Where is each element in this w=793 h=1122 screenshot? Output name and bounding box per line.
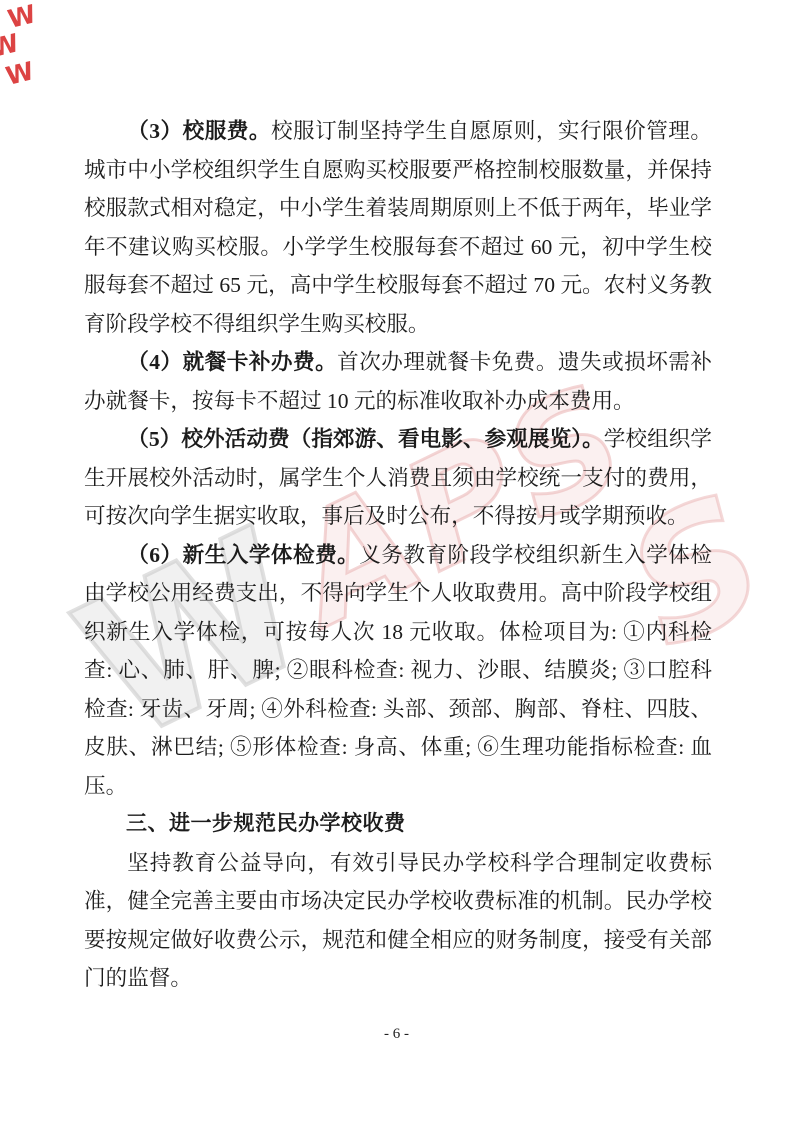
wps-w-mark-icon: W (3, 58, 36, 89)
paragraph-text: 坚持教育公益导向，有效引导民办学校科学合理制定收费标准，健全完善主要由市场决定民… (84, 851, 712, 991)
paragraph-uniform-fee: （3）校服费。校服订制坚持学生自愿原则，实行限价管理。城市中小学校组织学生自愿购… (84, 112, 712, 343)
wps-w-mark-icon: W (5, 1, 38, 32)
paragraph-physical-exam-fee: （6）新生入学体检费。义务教育阶段学校组织新生入学体检由学校公用经费支出，不得向… (84, 536, 712, 806)
paragraph-activity-fee: （5）校外活动费（指郊游、看电影、参观展览）。学校组织学生开展校外活动时，属学生… (84, 420, 712, 536)
paragraph-text: 义务教育阶段学校组织新生入学体检由学校公用经费支出，不得向学生个人收取费用。高中… (84, 543, 712, 798)
paragraph-lead: （4）就餐卡补办费。 (127, 350, 337, 374)
wps-corner-watermark: W W W (0, 0, 60, 110)
paragraph-private-school-fees: 坚持教育公益导向，有效引导民办学校科学合理制定收费标准，健全完善主要由市场决定民… (84, 844, 712, 998)
paragraph-lead: （6）新生入学体检费。 (127, 543, 359, 567)
page-number: - 6 - (0, 1026, 793, 1043)
document-body: （3）校服费。校服订制坚持学生自愿原则，实行限价管理。城市中小学校组织学生自愿购… (84, 112, 712, 998)
wps-w-mark-icon: W (0, 30, 21, 61)
paragraph-meal-card-fee: （4）就餐卡补办费。首次办理就餐卡免费。遗失或损坏需补办就餐卡，按每卡不超过 1… (84, 343, 712, 420)
section-heading-private-schools: 三、进一步规范民办学校收费 (84, 805, 712, 844)
document-page: W W W W APS S （3）校服费。校服订制坚持学生自愿原则，实行限价管理… (0, 0, 793, 1122)
paragraph-text: 校服订制坚持学生自愿原则，实行限价管理。城市中小学校组织学生自愿购买校服要严格控… (84, 119, 712, 336)
paragraph-lead: （5）校外活动费（指郊游、看电影、参观展览）。 (127, 427, 604, 451)
paragraph-lead: （3）校服费。 (127, 119, 271, 143)
